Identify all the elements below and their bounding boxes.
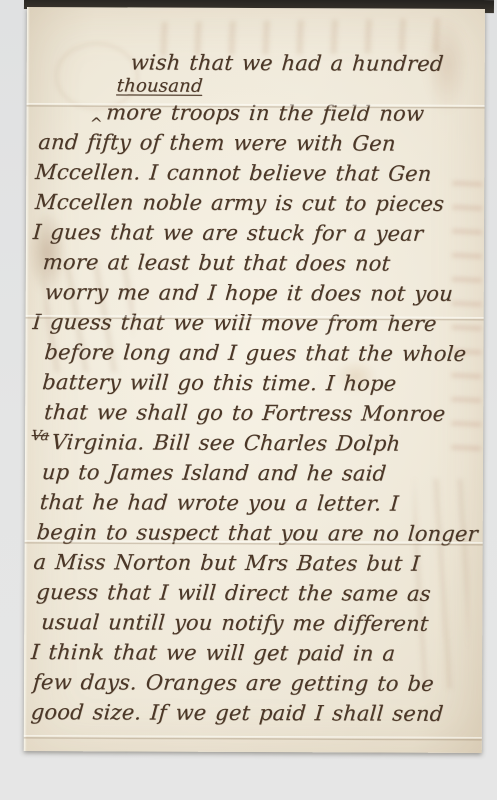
letter-line-text: wish that we had a hundred [130,50,445,75]
letter-line: I guess that we will move from here [29,307,483,339]
letter-line: up to James Island and he said [28,457,482,489]
letter-line-text: that we shall go to Fortress Monroe [43,400,446,426]
letter-line-text: Mccellen. I cannot believe that Gen [34,160,432,186]
letter-line-text: I think that we will get paid in a [30,640,396,666]
letter-line-text: thousand [116,75,204,96]
letter-line-text: more at least but that does not [42,250,391,276]
letter-line: that he had wrote you a letter. I [28,487,482,519]
letter-line: and fifty of them were with Gen [29,127,483,159]
letter-line: wish that we had a hundred [30,47,484,79]
letter-line-text: worry me and I hope it does not you [44,280,454,306]
letter-body-text: wish that we had a hundredthousand^more … [28,47,483,729]
letter-line: guess that I will direct the same as [27,577,481,609]
letter-line: ^more troops in the field now [29,97,483,129]
struck-out-word: Va [30,421,50,451]
letter-line-text: good size. If we get paid I shall send [30,700,444,726]
letter-line: before long and I gues that the whole [28,337,482,369]
letter-page: wish that we had a hundredthousand^more … [24,7,485,753]
letter-line-text: guess that I will direct the same as [36,580,432,606]
inserted-word-line: thousand [30,77,483,99]
letter-line: that we shall go to Fortress Monroe [28,397,482,429]
letter-line-text: I guess that we will move from here [32,310,438,336]
letter-line: Mccellen noble army is cut to pieces [29,187,483,219]
letter-line: Mccellen. I cannot believe that Gen [29,157,483,189]
letter-line-text: a Miss Norton but Mrs Bates but I [33,550,421,576]
letter-line: few days. Oranges are getting to be [27,667,481,699]
letter-line-text: before long and I gues that the whole [44,340,468,366]
letter-line: more at least but that does not [29,247,483,279]
letter-line: worry me and I hope it does not you [29,277,483,309]
letter-line-text: Virginia. Bill see Charles Dolph [51,430,401,456]
letter-line: battery will go this time. I hope [28,367,482,399]
letter-line-text: few days. Oranges are getting to be [32,670,435,696]
letter-line: I gues that we are stuck for a year [29,217,483,249]
letter-line: I think that we will get paid in a [27,637,481,669]
letter-line-text: that he had wrote you a letter. I [39,490,400,516]
letter-line: a Miss Norton but Mrs Bates but I [27,547,481,579]
letter-line-text: battery will go this time. I hope [41,370,397,396]
scanned-letter-screen: wish that we had a hundredthousand^more … [0,0,497,800]
letter-line: VaVirginia. Bill see Charles Dolph [28,427,482,459]
letter-line: good size. If we get paid I shall send [27,697,481,729]
letter-line-text: usual untill you notify me different [40,610,429,636]
letter-line-text: and fifty of them were with Gen [38,130,397,156]
letter-line-text: I gues that we are stuck for a year [32,220,424,246]
fold-crease-line [24,735,485,741]
letter-line-text: up to James Island and he said [41,460,387,485]
letter-line-text: Mccellen noble army is cut to pieces [34,190,445,216]
letter-line: usual untill you notify me different [27,607,481,639]
